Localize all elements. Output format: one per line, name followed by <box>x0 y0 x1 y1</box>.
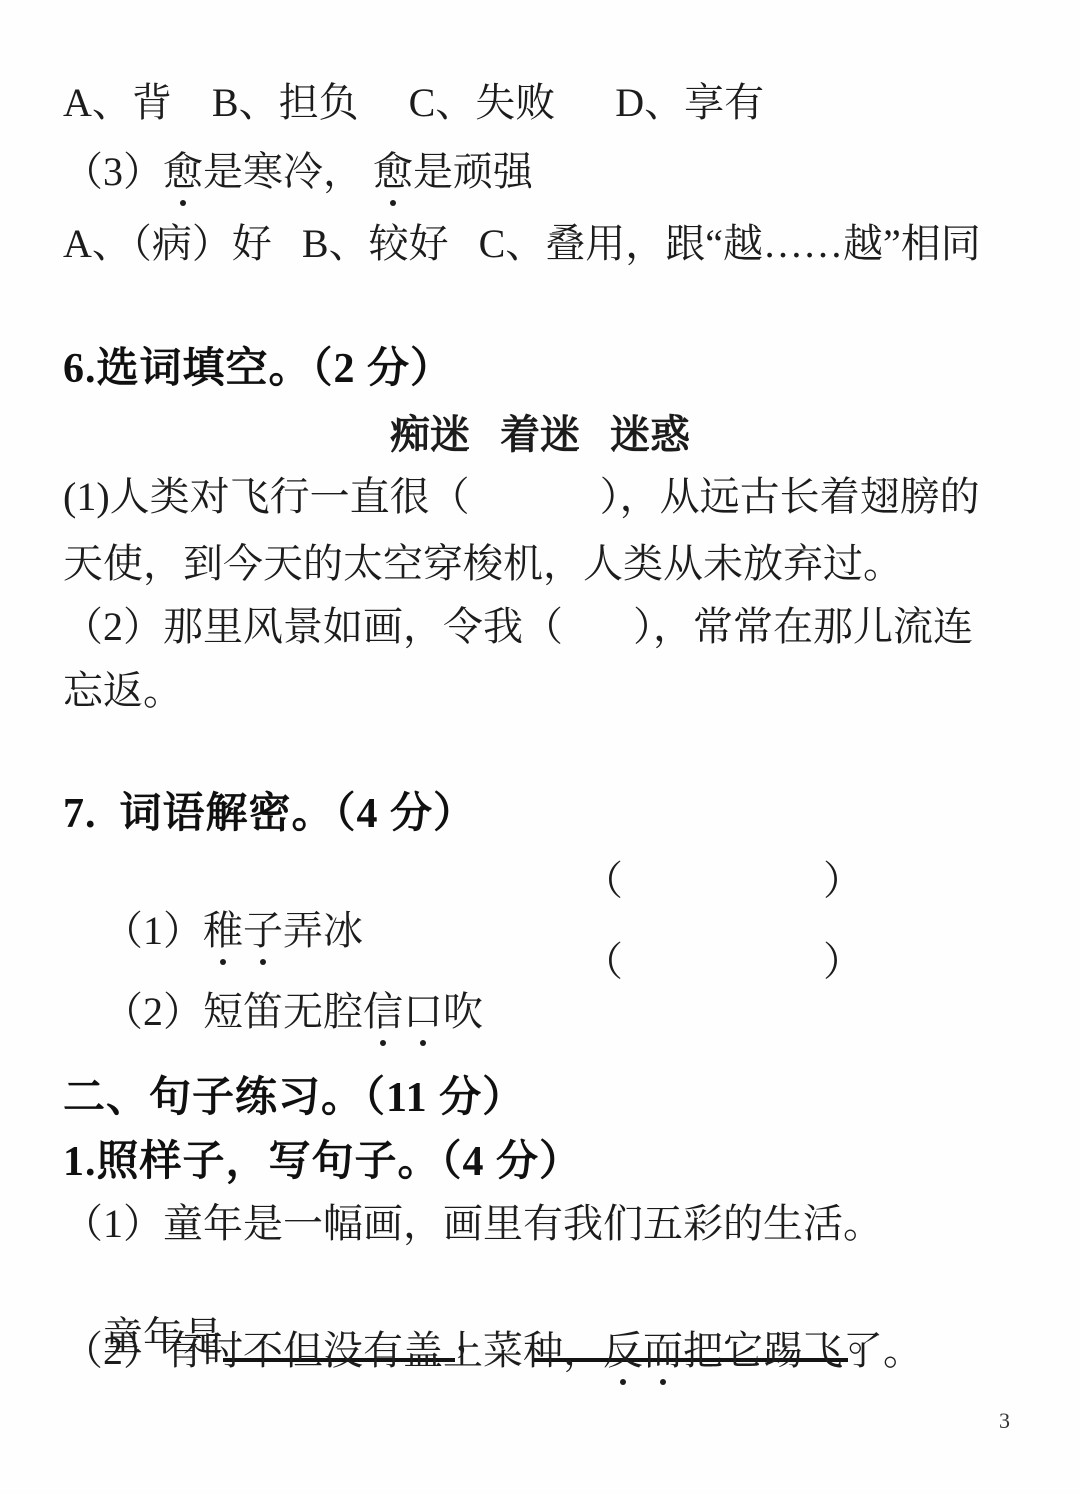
section-6-q2-line-1: （2）那里风景如画，令我（ ），常常在那儿流连 <box>63 602 973 652</box>
choice-options-line-2: A、（病）好 B、较好 C、叠用，跟“越……越”相同 <box>63 219 981 269</box>
section-7-heading: 7. 词语解密。（4 分） <box>63 788 476 841</box>
text-segment: 是寒冷， <box>203 149 373 194</box>
choice-options-line-1: A、背 B、担负 C、失败 D、享有 <box>63 78 764 128</box>
text-segment: 把它踢飞了。 <box>683 1328 923 1373</box>
section-7-q2-answer-blank: （ ） <box>583 937 863 987</box>
question-3-phrase: （3）愈是寒冷， 愈是顽强 <box>63 147 533 197</box>
section-7-q2-text: （2）短笛无腔信口吹 <box>103 989 483 1034</box>
section-6-q1-line-1: (1)人类对飞行一直很（ ），从远古长着翅膀的 <box>63 472 980 522</box>
word-bank: 痴迷 着迷 迷惑 <box>0 410 1080 460</box>
text-segment: 是顽强 <box>413 149 533 194</box>
section-2-sub1-heading: 1.照样子，写句子。（4 分） <box>63 1136 582 1189</box>
section-2-q1-example: （1）童年是一幅画，画里有我们五彩的生活。 <box>63 1199 883 1249</box>
section-6-q1-line-2: 天使，到今天的太空穿梭机，人类从未放弃过。 <box>63 539 903 589</box>
text-segment: （3） <box>63 149 163 194</box>
emphasized-char: 口 <box>403 987 443 1037</box>
section-2-q2: （2）有时不但没有盖上菜种，反而把它踢飞了。 <box>63 1326 923 1376</box>
section-6-q2-line-2: 忘返。 <box>63 666 183 716</box>
section-2-heading: 二、句子练习。（11 分） <box>63 1072 525 1125</box>
emphasized-char: 反 <box>603 1326 643 1376</box>
exam-page: A、背 B、担负 C、失败 D、享有 （3）愈是寒冷， 愈是顽强 A、（病）好 … <box>0 0 1080 1494</box>
text-segment: 吹 <box>443 989 483 1034</box>
section-6-heading: 6.选词填空。（2 分） <box>63 343 453 396</box>
text-segment: （2）短笛无腔 <box>103 989 363 1034</box>
text-segment: （2）有时不但没有盖上菜种， <box>63 1328 603 1373</box>
page-number: 3 <box>999 1408 1010 1434</box>
section-7-q1-answer-blank: （ ） <box>583 856 863 906</box>
emphasized-char: 愈 <box>163 147 203 197</box>
emphasized-char: 而 <box>643 1326 683 1376</box>
emphasized-char: 愈 <box>373 147 413 197</box>
emphasized-char: 信 <box>363 987 403 1037</box>
